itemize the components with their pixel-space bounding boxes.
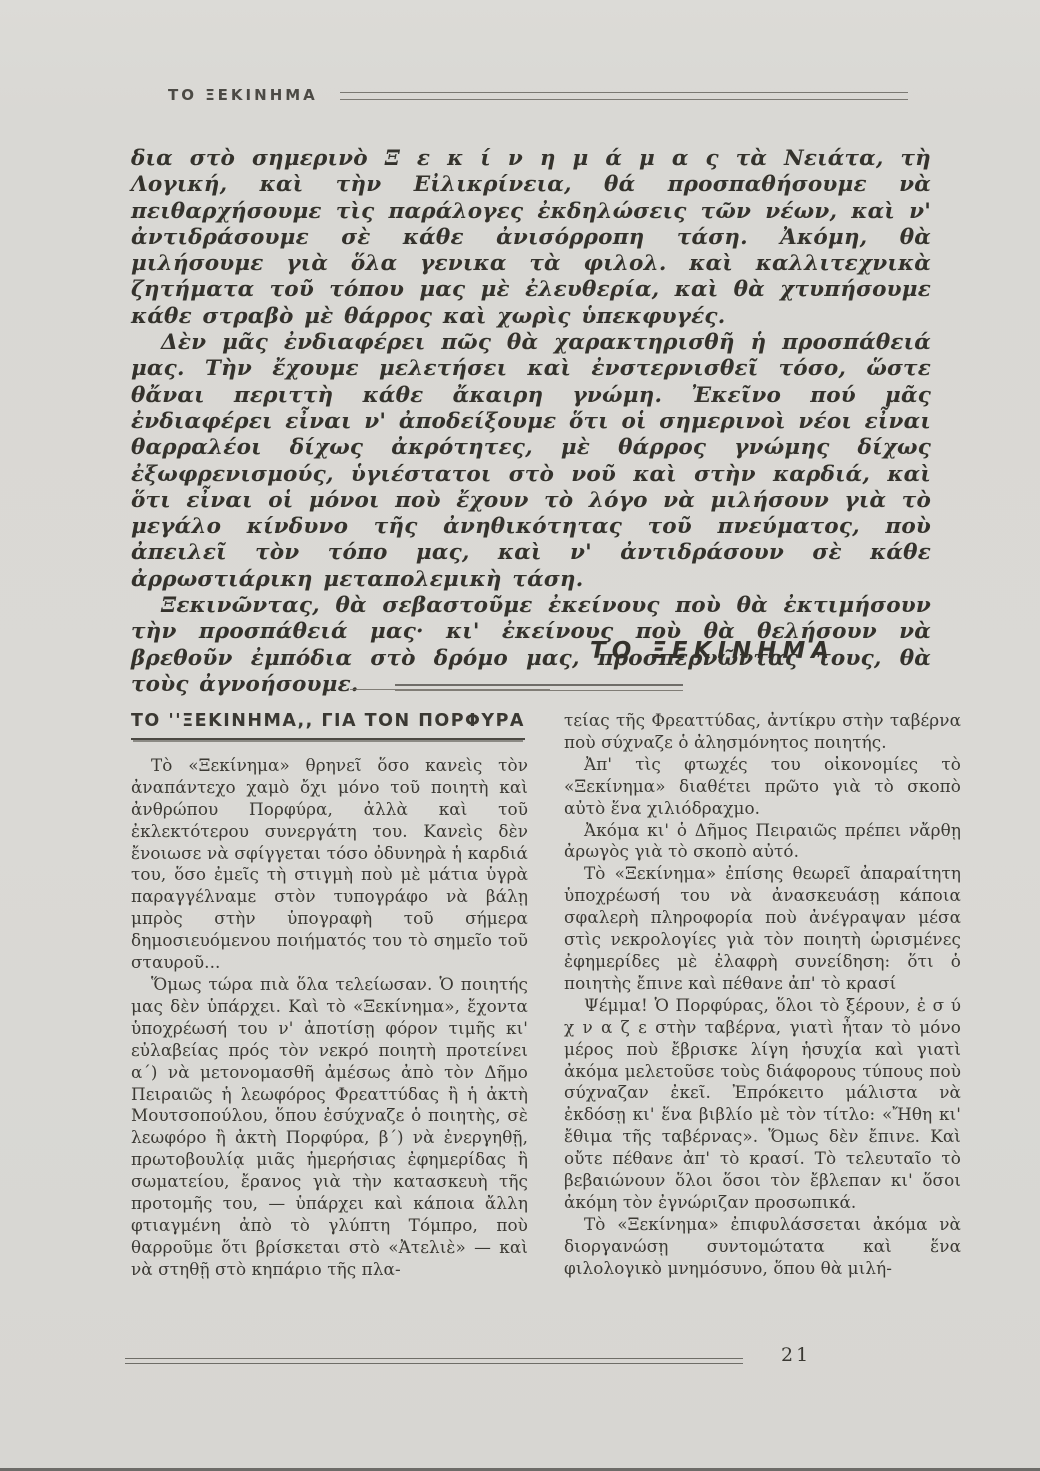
running-header-title: ΤΟ ΞΕΚΙΝΗΜΑ [168,86,318,104]
article-paragraph: Ἀκόμα κι' ὁ Δῆμος Πειραιῶς πρέπει νἄρθῃ … [564,820,961,864]
article-columns: ΤΟ ''ΞΕΚΙΝΗΜΑ,, ΓΙΑ ΤΟΝ ΠΟΡΦΥΡΑ Τὸ «Ξεκί… [131,710,961,1281]
article-paragraph: τείας τῆς Φρεαττύδας, ἀντίκρυ στὴν ταβέρ… [564,710,961,754]
editorial-signature: ΤΟ ΞΕΚΙΝΗΜΑ [590,638,835,664]
footer-double-rule [125,1358,743,1364]
article-left-column: ΤΟ ''ΞΕΚΙΝΗΜΑ,, ΓΙΑ ΤΟΝ ΠΟΡΦΥΡΑ Τὸ «Ξεκί… [131,710,528,1281]
header-double-rule [340,92,908,100]
section-divider-rule [395,684,683,691]
lead-editorial: δια στὸ σημερινὸ Ξ ε κ ί ν η μ ά μ α ς τ… [131,146,931,698]
lead-paragraph: Δὲν μᾶς ἐνδιαφέρει πῶς θὰ χαρακτηρισθῆ ἡ… [131,330,931,593]
article-paragraph: Τὸ «Ξεκίνημα» θρηνεῖ ὅσο κανεὶς τὸν ἀναπ… [131,755,528,974]
section-divider-rule-offset [350,689,550,690]
lead-paragraph: δια στὸ σημερινὸ Ξ ε κ ί ν η μ ά μ α ς τ… [131,146,931,330]
article-paragraph: Ἀπ' τὶς φτωχές του οἰκονομίες τὸ «Ξεκίνη… [564,754,961,820]
scanned-magazine-page: ΤΟ ΞΕΚΙΝΗΜΑ δια στὸ σημερινὸ Ξ ε κ ί ν η… [0,0,1040,1471]
article-paragraph: Τὸ «Ξεκίνημα» ἐπιφυλάσσεται ἀκόμα νὰ διο… [564,1214,961,1280]
article-right-column: τείας τῆς Φρεαττύδας, ἀντίκρυ στὴν ταβέρ… [564,710,961,1281]
article-heading: ΤΟ ''ΞΕΚΙΝΗΜΑ,, ΓΙΑ ΤΟΝ ΠΟΡΦΥΡΑ [131,711,525,740]
article-paragraph: Ὅμως τώρα πιὰ ὅλα τελείωσαν. Ὁ ποιητής μ… [131,974,528,1281]
article-paragraph: Τὸ «Ξεκίνημα» ἐπίσης θεωρεῖ ἀπαραίτητη ὑ… [564,863,961,994]
page-number: 21 [781,1344,811,1366]
article-paragraph: Ψέμμα! Ὁ Πορφύρας, ὅλοι τὸ ξέρουν, ἐ σ ύ… [564,995,961,1214]
